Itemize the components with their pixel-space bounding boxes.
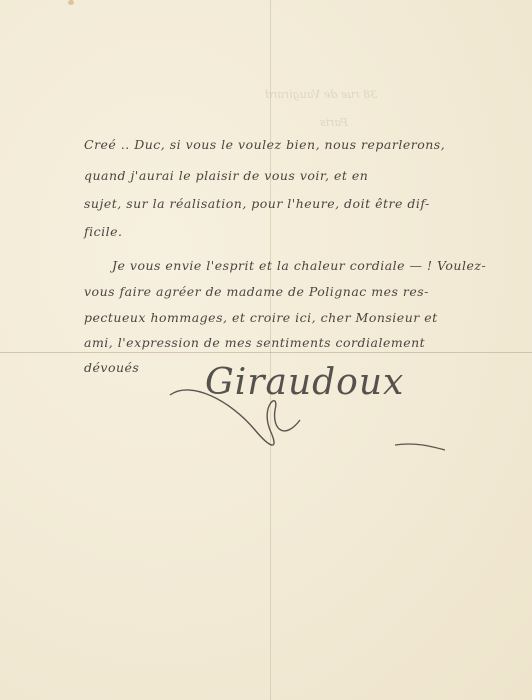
letterhead-address-bleedthrough: 38 rue de Vaugirard bbox=[265, 88, 377, 101]
body-line: quand j'aurai le plaisir de vous voir, e… bbox=[84, 168, 368, 183]
letterhead-city-bleedthrough: Paris bbox=[320, 116, 348, 129]
body-line: sujet, sur la réalisation, pour l'heure,… bbox=[84, 196, 430, 211]
body-line: Creé .. Duc, si vous le voulez bien, nou… bbox=[84, 137, 445, 152]
body-line: pectueux hommages, et croire ici, cher M… bbox=[84, 310, 438, 325]
signature: Giraudoux bbox=[205, 362, 404, 403]
body-line: Je vous envie l'esprit et la chaleur cor… bbox=[112, 258, 486, 273]
body-line: ficile. bbox=[84, 224, 123, 239]
body-line: dévoués bbox=[84, 360, 139, 375]
paper-stain bbox=[68, 0, 74, 5]
horizontal-fold-line bbox=[0, 352, 532, 353]
body-line: ami, l'expression de mes sentiments cord… bbox=[84, 335, 425, 350]
vertical-fold-line bbox=[270, 0, 271, 700]
body-line: vous faire agréer de madame de Polignac … bbox=[84, 284, 429, 299]
letter-page: 38 rue de Vaugirard Paris Creé .. Duc, s… bbox=[0, 0, 532, 700]
